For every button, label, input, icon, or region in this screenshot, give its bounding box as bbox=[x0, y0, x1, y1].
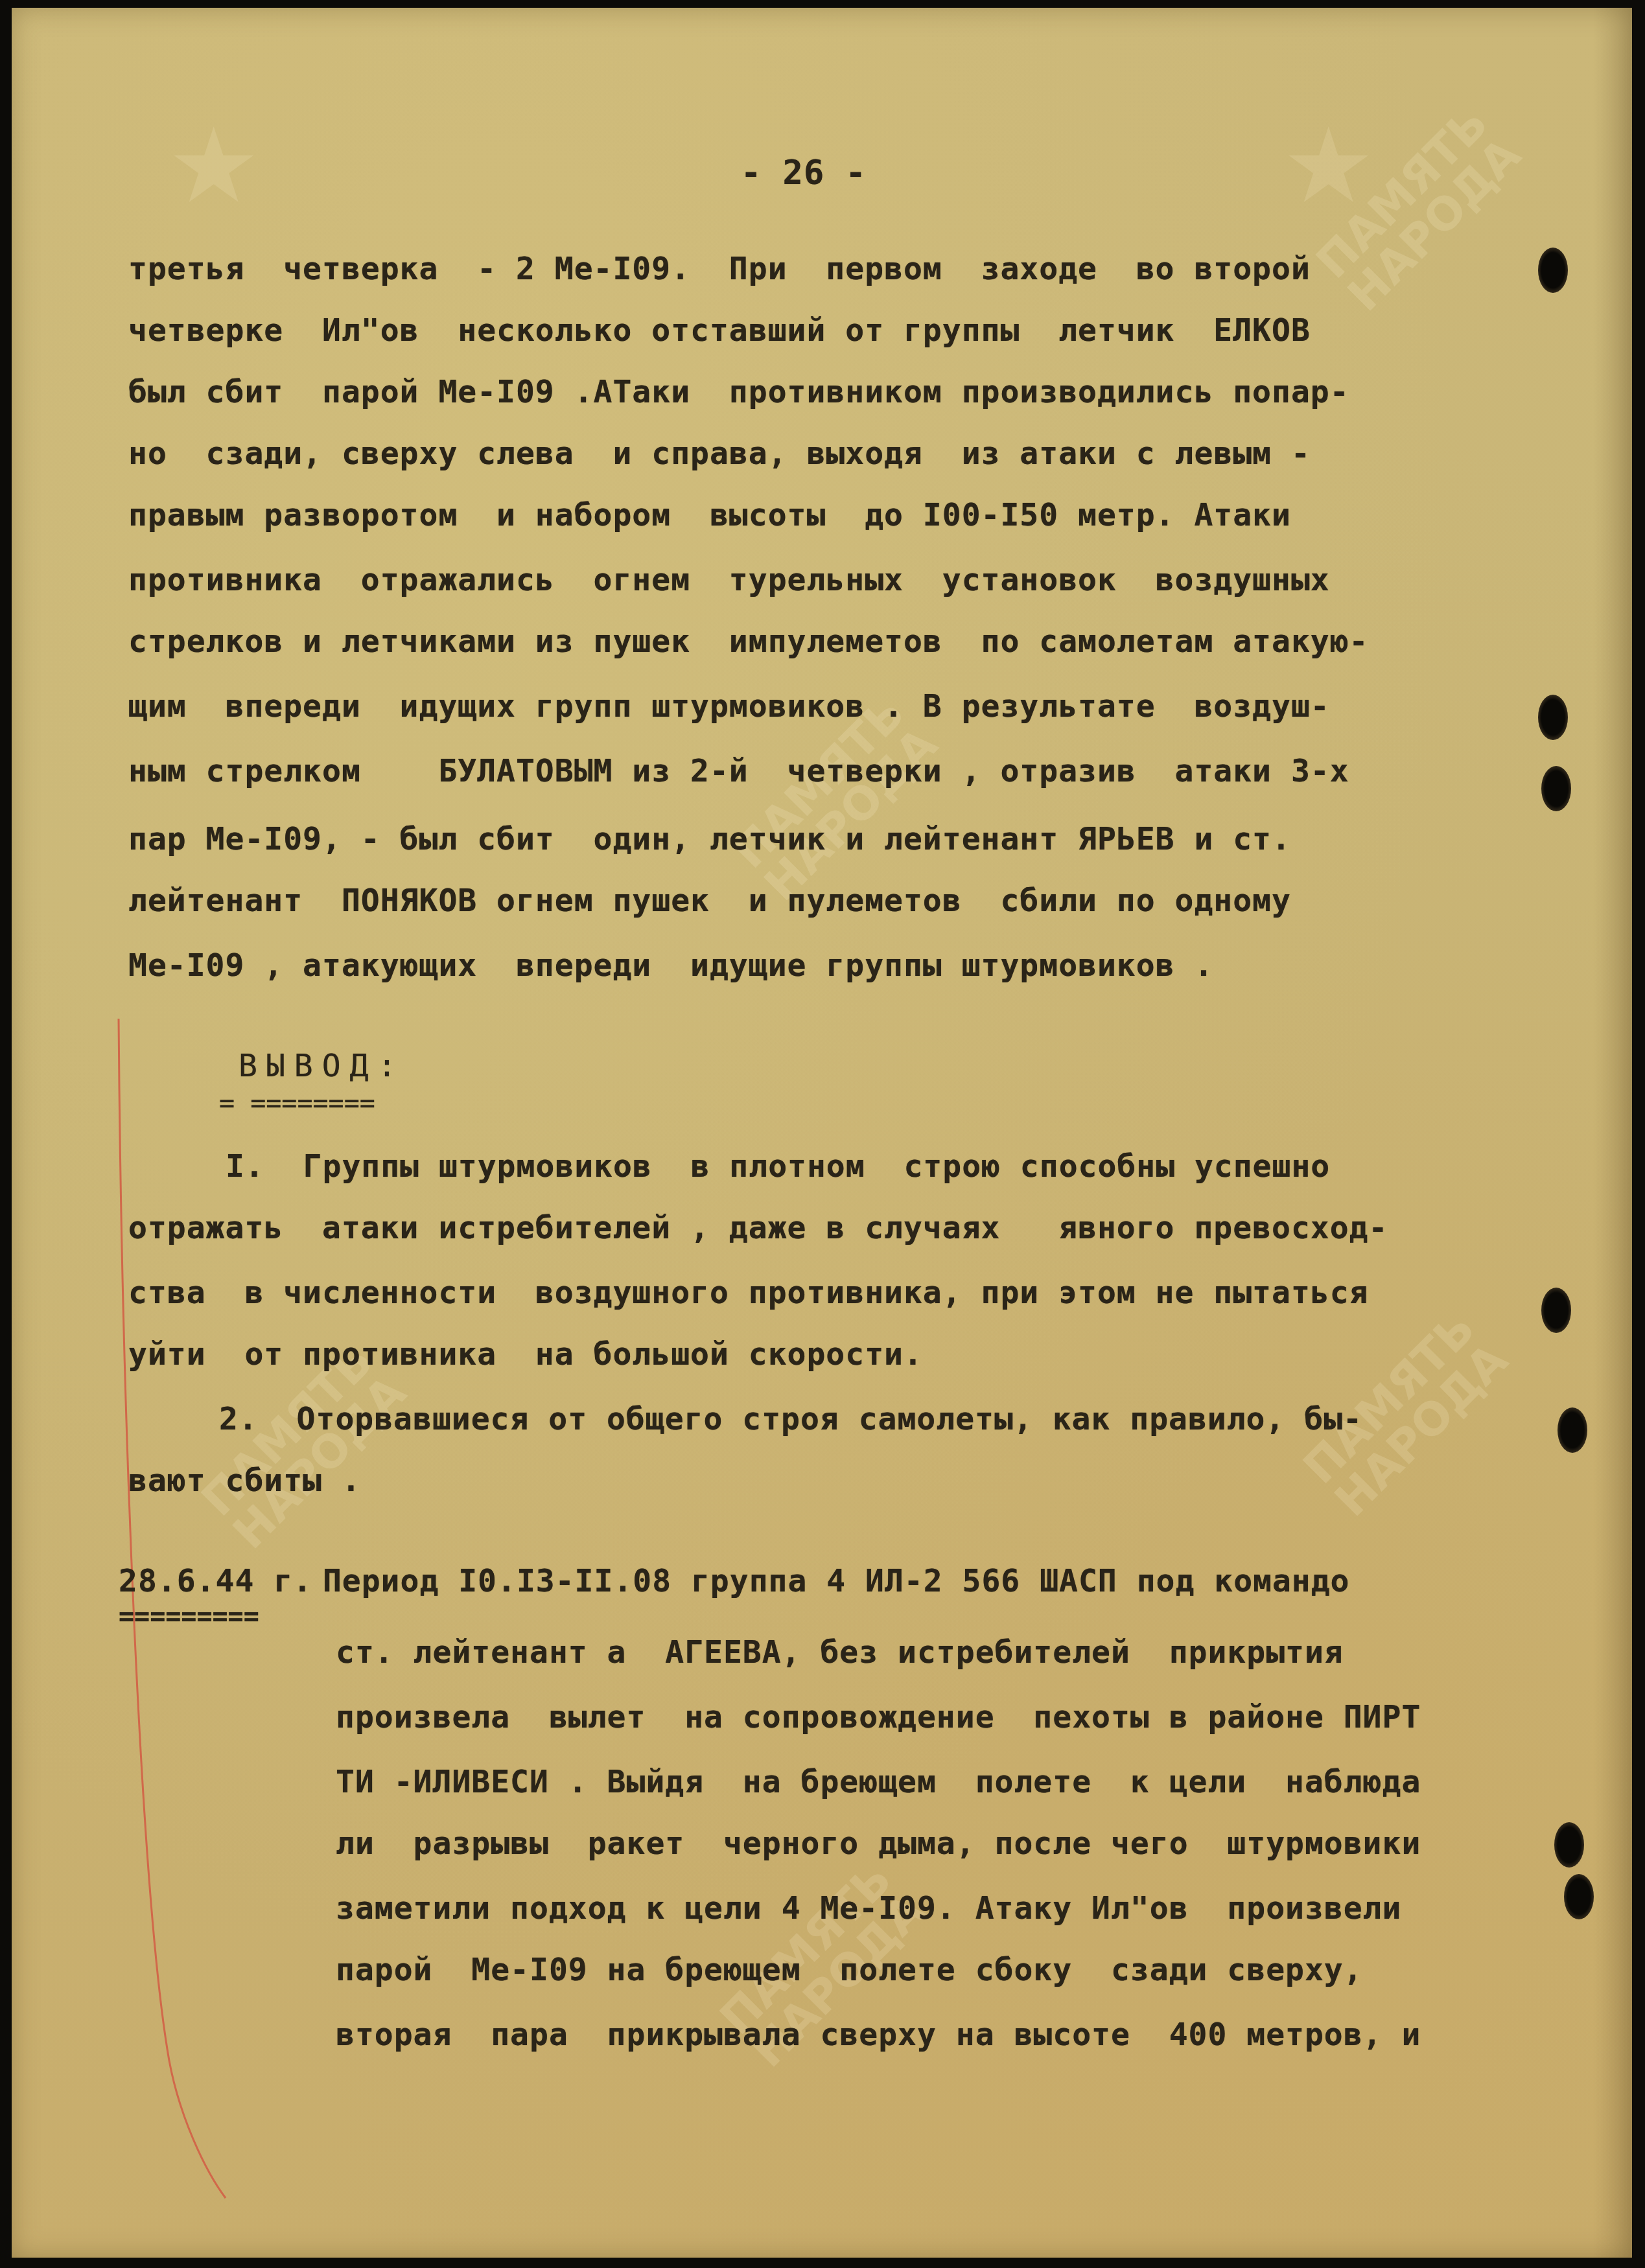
entry-line: Период I0.I3-II.08 группа 4 ИЛ-2 566 ШАС… bbox=[303, 1563, 1350, 1599]
text-line: Ме-I09 , атакующих впереди идущие группы… bbox=[128, 947, 1213, 984]
text-line: четверке Ил"ов несколько отставший от гр… bbox=[128, 312, 1311, 349]
conclusion-underline: = ======== bbox=[219, 1089, 375, 1118]
conclusion-item: 2. Оторвавшиеся от общего строя самолеты… bbox=[219, 1401, 1362, 1437]
punch-hole bbox=[1538, 695, 1568, 740]
entry-line: парой Ме-I09 на бреющем полете сбоку сза… bbox=[336, 1952, 1363, 1988]
conclusion-item: вают сбиты . bbox=[128, 1463, 361, 1499]
punch-hole bbox=[1541, 766, 1571, 811]
punch-hole bbox=[1541, 1288, 1571, 1333]
document-page: ★ ★ ПАМЯТЬ НАРОДА ПАМЯТЬ НАРОДА ПАМЯТЬ Н… bbox=[12, 8, 1632, 2258]
text-line: стрелков и летчиками из пушек импулемето… bbox=[128, 623, 1369, 660]
conclusion-item: ства в численности воздушного противника… bbox=[128, 1275, 1369, 1311]
punch-hole bbox=[1557, 1407, 1587, 1453]
entry-line: произвела вылет на сопровождение пехоты … bbox=[336, 1699, 1421, 1735]
watermark-star-icon: ★ bbox=[167, 105, 260, 226]
entry-date: 28.6.44 г. bbox=[119, 1563, 312, 1599]
page-number: - 26 - bbox=[741, 154, 867, 192]
punch-hole bbox=[1554, 1822, 1584, 1868]
entry-line: ли разрывы ракет черного дыма, после чег… bbox=[336, 1825, 1421, 1862]
punch-hole bbox=[1538, 248, 1568, 293]
text-line: ным стрелком БУЛАТОВЫМ из 2-й четверки ,… bbox=[128, 753, 1349, 789]
text-line: противника отражались огнем турельных ус… bbox=[128, 562, 1330, 598]
entry-line: заметили подход к цели 4 Ме-I09. Атаку И… bbox=[336, 1890, 1401, 1927]
entry-line: ТИ -ИЛИВЕСИ . Выйдя на бреющем полете к … bbox=[336, 1764, 1421, 1800]
entry-line: ст. лейтенант а АГЕЕВА, без истребителей… bbox=[336, 1634, 1344, 1671]
text-line: но сзади, сверху слева и справа, выходя … bbox=[128, 435, 1311, 472]
text-line: был сбит парой Ме-I09 .АТаки противником… bbox=[128, 374, 1349, 410]
text-line: лейтенант ПОНЯКОВ огнем пушек и пулемето… bbox=[128, 883, 1291, 919]
text-line: правым разворотом и набором высоты до I0… bbox=[128, 497, 1291, 533]
conclusion-item: I. Группы штурмовиков в плотном строю сп… bbox=[226, 1148, 1330, 1185]
conclusion-item: отражать атаки истребителей , даже в слу… bbox=[128, 1210, 1388, 1246]
entry-date-underline: ========= bbox=[119, 1602, 259, 1632]
text-line: пар Ме-I09, - был сбит один, летчик и ле… bbox=[128, 821, 1291, 857]
entry-line: вторая пара прикрывала сверху на высоте … bbox=[336, 2017, 1421, 2053]
punch-hole bbox=[1564, 1874, 1594, 1919]
text-line: щим впереди идущих групп штурмовиков . В… bbox=[128, 688, 1330, 724]
conclusion-heading: ВЫВОД: bbox=[239, 1048, 405, 1084]
conclusion-item: уйти от противника на большой скорости. bbox=[128, 1336, 923, 1372]
text-line: третья четверка - 2 Ме-I09. При первом з… bbox=[128, 251, 1311, 287]
